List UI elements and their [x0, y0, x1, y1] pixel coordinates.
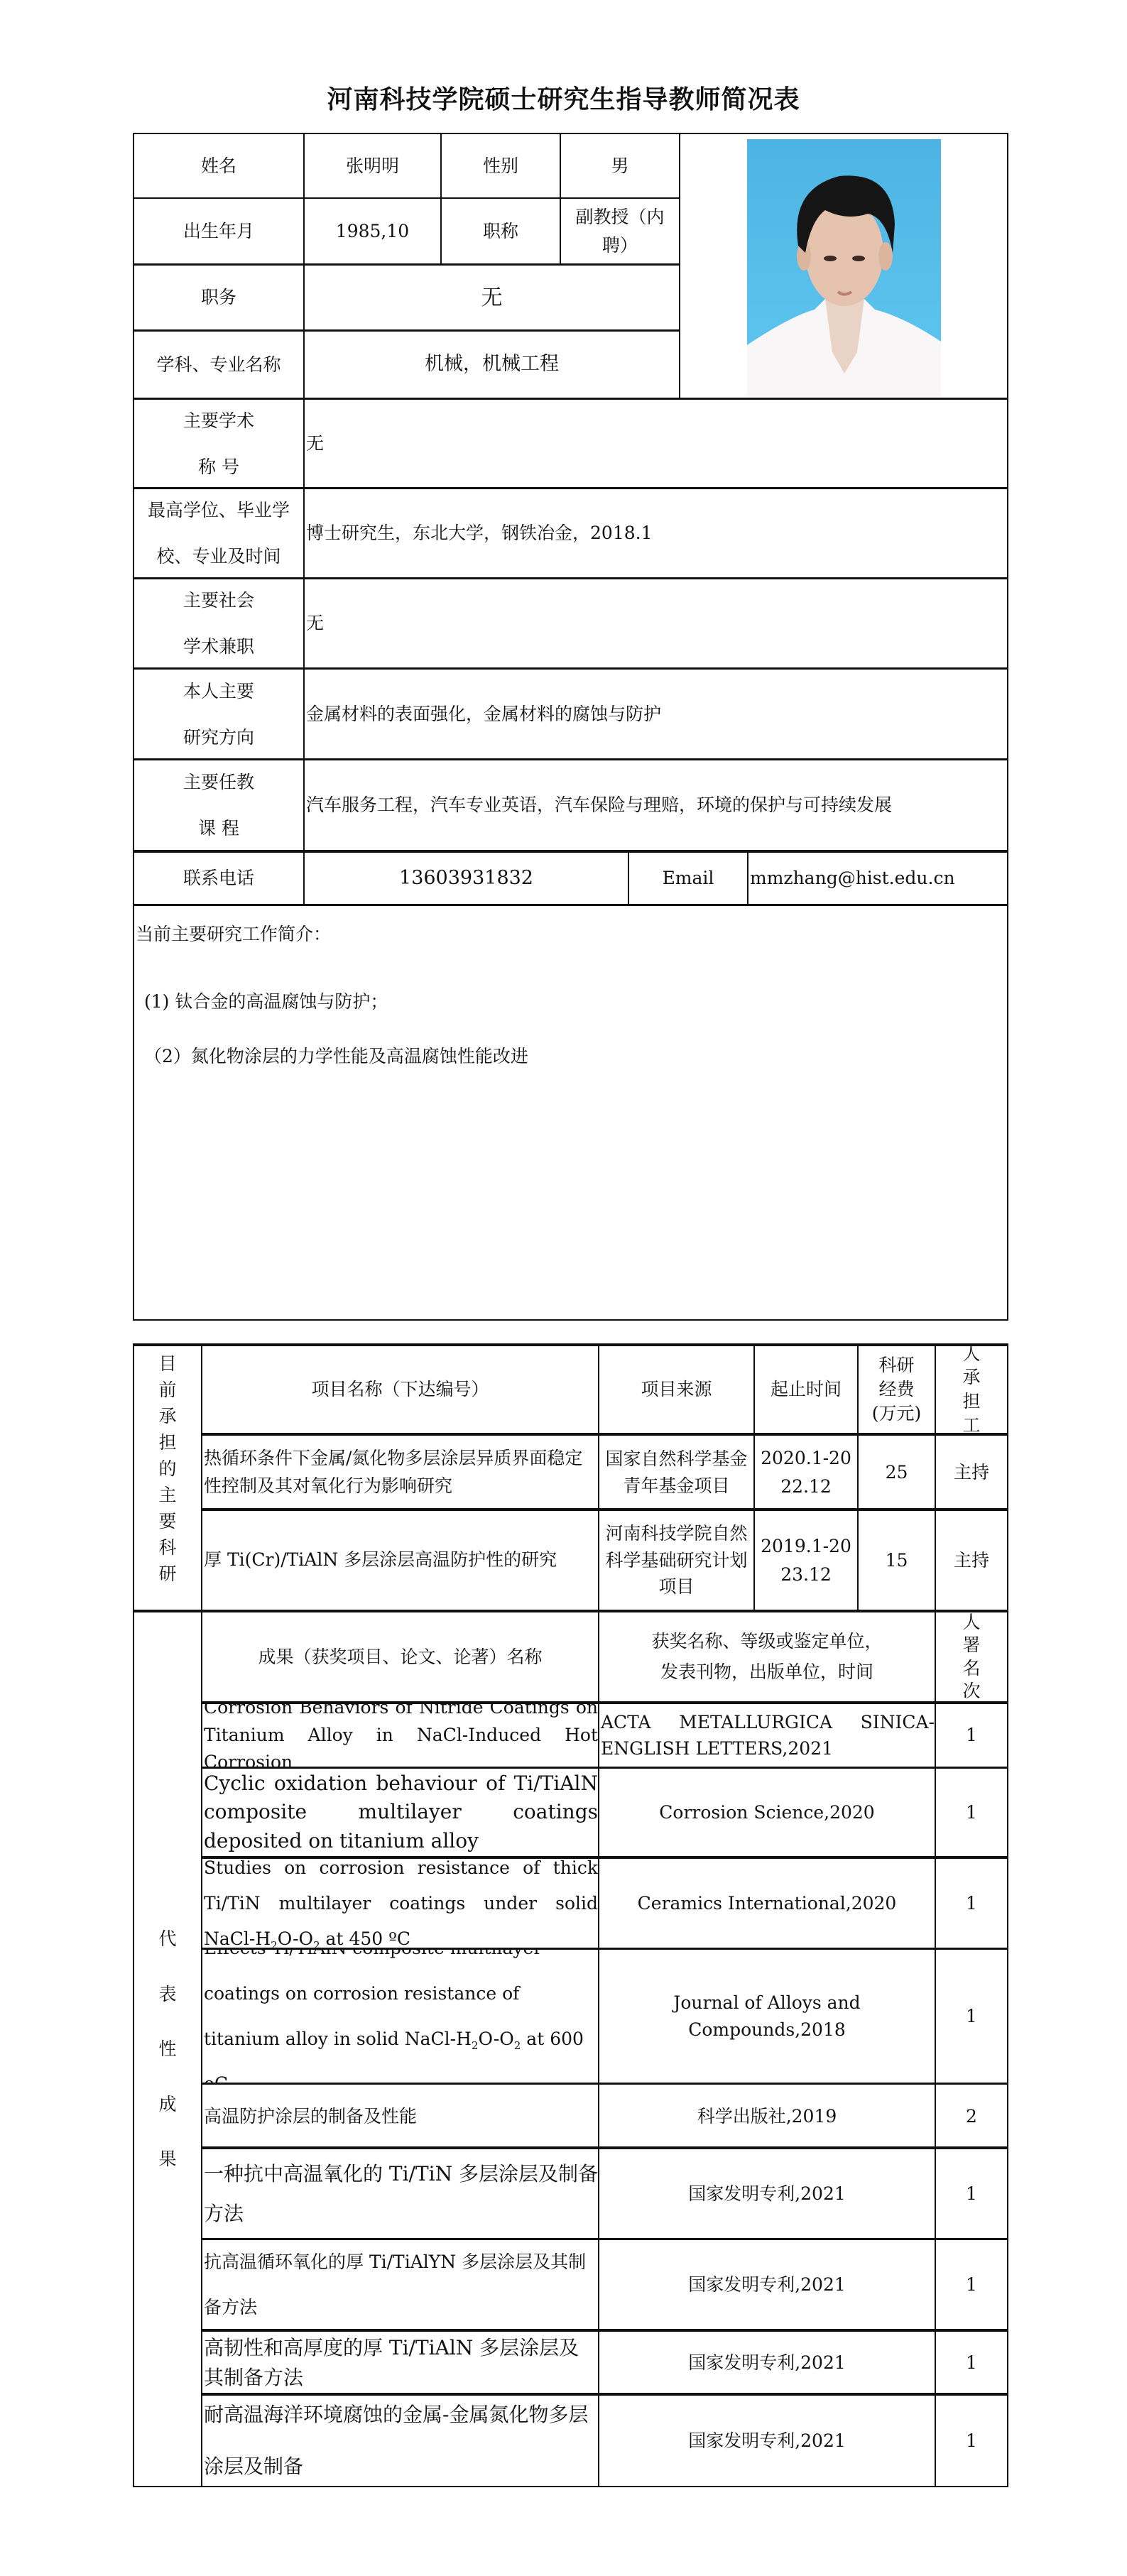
project-period: 2019.1-2023.12 [753, 1508, 859, 1611]
achievement-order: 1 [935, 1856, 1008, 1949]
achievement-title: Cyclic oxidation behaviour of Ti/TiAlN c… [201, 1767, 599, 1857]
phone-value: 13603931832 [303, 850, 629, 905]
projects-header-period: 起止时间 [753, 1343, 859, 1434]
achievement-order: 1 [935, 2393, 1008, 2487]
achievement-venue: 国家发明专利,2021 [598, 2329, 936, 2396]
project-role: 主持 [935, 1433, 1008, 1510]
achievement-title: Corrosion Behaviors of Nitride Coatings … [201, 1701, 599, 1768]
achievement-order: 1 [935, 2238, 1008, 2330]
discipline-value: 机械，机械工程 [303, 329, 680, 399]
email-value[interactable]: mmzhang@hist.edu.cn [747, 850, 1008, 905]
achievement-order: 1 [935, 2329, 1008, 2396]
direction-label: 本人主要研究方向 [133, 667, 305, 760]
achievement-order: 1 [935, 2146, 1008, 2239]
achievements-header-title: 成果（获奖项目、论文、论著）名称 [201, 1610, 599, 1703]
discipline-label: 学科、专业名称 [133, 329, 305, 399]
page-title: 河南科技学院硕士研究生指导教师简况表 [0, 80, 1127, 116]
research-item: (1) 钛合金的高温腐蚀与防护； [144, 988, 388, 1013]
position-value: 无 [303, 263, 680, 331]
honor-value: 无 [303, 398, 1008, 489]
achievement-venue: 国家发明专利,2021 [598, 2146, 936, 2239]
project-role: 主持 [935, 1508, 1008, 1611]
name-label: 姓名 [133, 133, 305, 199]
degree-label: 最高学位、毕业学校、专业及时间 [133, 487, 305, 579]
projects-side-label: 目前承担的主要科研 [133, 1343, 202, 1611]
project-source: 河南科技学院自然科学基础研究计划项目 [598, 1508, 755, 1611]
projects-header-funding: 科研经费(万元) [857, 1343, 936, 1434]
rank-value: 副教授（内聘） [560, 197, 680, 265]
achievement-title: 高韧性和高厚度的厚 Ti/TiAlN 多层涂层及其制备方法 [201, 2329, 599, 2396]
email-label: Email [628, 850, 748, 905]
achievements-header-venue: 获奖名称、等级或鉴定单位，发表刊物，出版单位，时间 [598, 1610, 936, 1703]
achievement-venue: 国家发明专利,2021 [598, 2393, 936, 2487]
direction-value: 金属材料的表面强化，金属材料的腐蚀与防护 [303, 667, 1008, 760]
research-intro: 当前主要研究工作简介： (1) 钛合金的高温腐蚀与防护； （2）氮化物涂层的力学… [133, 904, 1008, 1321]
projects-header-source: 项目来源 [598, 1343, 755, 1434]
birth-value: 1985,10 [303, 197, 442, 265]
social-value: 无 [303, 577, 1008, 669]
project-period: 2020.1-2022.12 [753, 1433, 859, 1510]
achievement-venue: 科学出版社,2019 [598, 2083, 936, 2149]
position-label: 职务 [133, 263, 305, 331]
research-item: （2）氮化物涂层的力学性能及高温腐蚀性能改进 [144, 1042, 528, 1068]
teacher-photo [747, 139, 941, 396]
research-intro-heading: 当前主要研究工作简介： [136, 920, 331, 946]
social-label: 主要社会学术兼职 [133, 577, 305, 669]
achievement-venue: Journal of Alloys and Compounds,2018 [598, 1948, 936, 2084]
project-name: 厚 Ti(Cr)/TiAlN 多层涂层高温防护性的研究 [201, 1508, 599, 1611]
achievement-title: 耐高温海洋环境腐蚀的金属-金属氮化物多层涂层及制备 [201, 2393, 599, 2487]
achievement-venue: Ceramics International,2020 [598, 1856, 936, 1949]
achievements-side-label: 代表性成果 [133, 1610, 202, 2487]
gender-value: 男 [560, 133, 680, 199]
project-funding: 15 [857, 1508, 936, 1611]
achievement-order: 1 [935, 1767, 1008, 1857]
achievement-title: 抗高温循环氧化的厚 Ti/TiAlYN 多层涂层及其制备方法 [201, 2238, 599, 2330]
achievement-title: 高温防护涂层的制备及性能 [201, 2083, 599, 2149]
rank-label: 职称 [440, 197, 561, 265]
achievement-order: 1 [935, 1948, 1008, 2084]
achievement-venue: 国家发明专利,2021 [598, 2238, 936, 2330]
achievement-order: 2 [935, 2083, 1008, 2149]
achievement-title: 一种抗中高温氧化的 Ti/TiN 多层涂层及制备方法 [201, 2146, 599, 2239]
project-source: 国家自然科学基金青年基金项目 [598, 1433, 755, 1510]
name-value: 张明明 [303, 133, 442, 199]
achievement-order: 1 [935, 1701, 1008, 1768]
achievements-header-order: 本人署名次序 [935, 1610, 1008, 1703]
courses-value: 汽车服务工程，汽车专业英语，汽车保险与理赔，环境的保护与可持续发展 [303, 758, 1008, 851]
honor-label: 主要学术称 号 [133, 398, 305, 489]
achievement-venue: Corrosion Science,2020 [598, 1767, 936, 1857]
projects-header-name: 项目名称（下达编号） [201, 1343, 599, 1434]
courses-label: 主要任教课 程 [133, 758, 305, 851]
achievement-title: Effects Ti/TiAlN composite multilayer co… [201, 1948, 599, 2084]
portrait-image [747, 139, 941, 396]
birth-label: 出生年月 [133, 197, 305, 265]
project-name: 热循环条件下金属/氮化物多层涂层异质界面稳定性控制及其对氧化行为影响研究 [201, 1433, 599, 1510]
achievement-venue: ACTA METALLURGICA SINICA-ENGLISH LETTERS… [598, 1701, 936, 1768]
project-funding: 25 [857, 1433, 936, 1510]
phone-label: 联系电话 [133, 850, 305, 905]
gender-label: 性别 [440, 133, 561, 199]
degree-value: 博士研究生，东北大学，钢铁冶金，2018.1 [303, 487, 1008, 579]
projects-header-role: 本人承担工作 [935, 1343, 1008, 1434]
achievement-title: Studies on corrosion resistance of thick… [201, 1856, 599, 1949]
